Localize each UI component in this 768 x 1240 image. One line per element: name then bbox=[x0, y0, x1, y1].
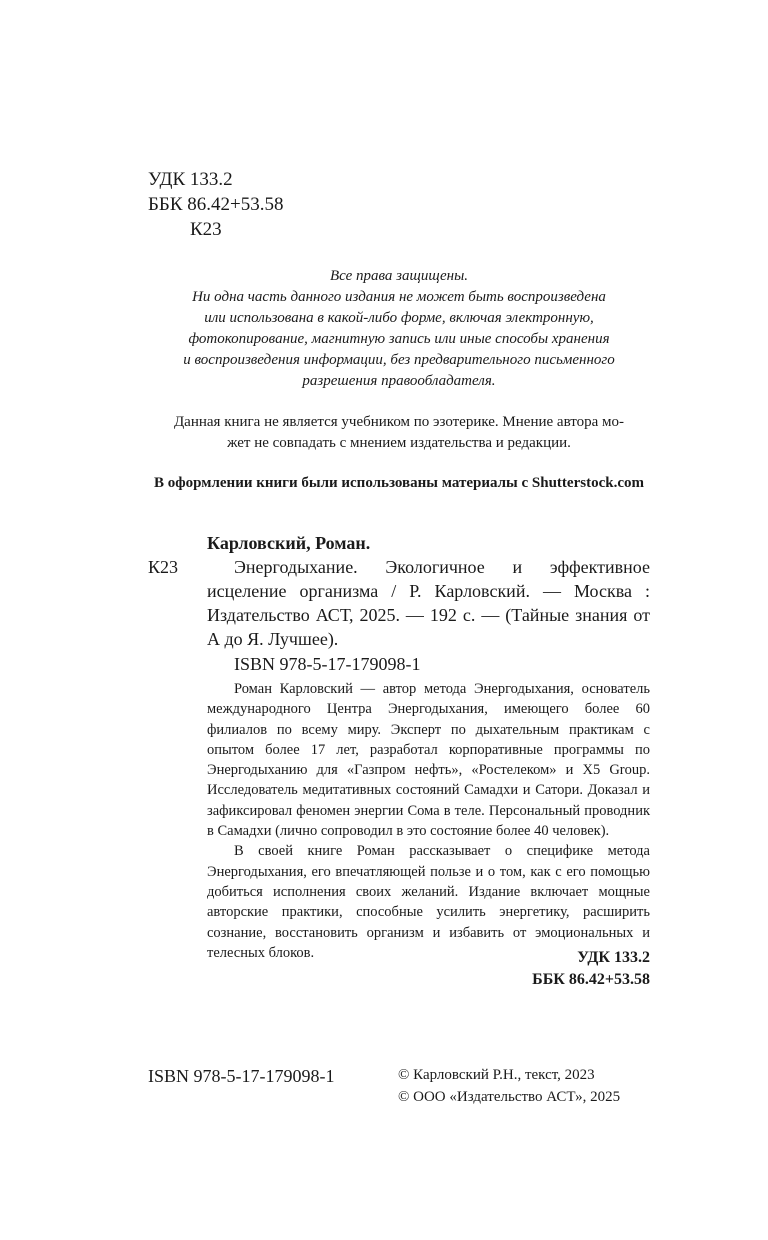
udk-code: УДК 133.2 bbox=[148, 167, 283, 192]
rights-line: разрешения правообладателя. bbox=[148, 371, 650, 392]
catalog-author-sign: К23 bbox=[148, 555, 178, 579]
disclaimer-line: Данная книга не является учебником по эз… bbox=[148, 412, 650, 433]
copyright-notices: © Карловский Р.Н., текст, 2023 © ООО «Из… bbox=[398, 1064, 620, 1108]
disclaimer: Данная книга не является учебником по эз… bbox=[148, 412, 650, 454]
rights-line: Все права защищены. bbox=[148, 266, 650, 287]
rights-line: фотокопирование, магнитную запись или ин… bbox=[148, 329, 650, 350]
catalog-isbn: ISBN 978-5-17-179098-1 bbox=[234, 652, 421, 676]
catalog-udk: УДК 133.2 bbox=[400, 947, 650, 969]
catalog-author: Карловский, Роман. bbox=[207, 531, 370, 555]
rights-line: или использована в какой-либо форме, вкл… bbox=[148, 308, 650, 329]
disclaimer-line: жет не совпадать с мнением издательства … bbox=[148, 433, 650, 454]
rights-line: и воспроизведения информации, без предва… bbox=[148, 350, 650, 371]
author-sign: К23 bbox=[148, 217, 283, 242]
catalog-codes: УДК 133.2 ББК 86.42+53.58 bbox=[400, 947, 650, 991]
copyright-line: © ООО «Издательство АСТ», 2025 bbox=[398, 1086, 620, 1108]
copyright-line: © Карловский Р.Н., текст, 2023 bbox=[398, 1064, 620, 1086]
materials-note: В оформлении книги были использованы мат… bbox=[148, 473, 650, 494]
bibliographic-text: Энергодыхание. Экологичное и эффективное… bbox=[207, 555, 650, 651]
footer-isbn: ISBN 978-5-17-179098-1 bbox=[148, 1064, 335, 1088]
annotation: Роман Карловский — автор метода Энергоды… bbox=[207, 679, 650, 963]
rights-notice: Все права защищены. Ни одна часть данног… bbox=[148, 266, 650, 392]
bbk-code: ББК 86.42+53.58 bbox=[148, 192, 283, 217]
catalog-bbk: ББК 86.42+53.58 bbox=[400, 969, 650, 991]
annotation-paragraph: В своей книге Роман рассказывает о специ… bbox=[207, 841, 650, 963]
rights-line: Ни одна часть данного издания не может б… bbox=[148, 287, 650, 308]
bibliographic-description: Энергодыхание. Экологичное и эффективное… bbox=[207, 555, 650, 651]
classification-codes: УДК 133.2 ББК 86.42+53.58 К23 bbox=[148, 167, 283, 242]
annotation-paragraph: Роман Карловский — автор метода Энергоды… bbox=[207, 679, 650, 841]
